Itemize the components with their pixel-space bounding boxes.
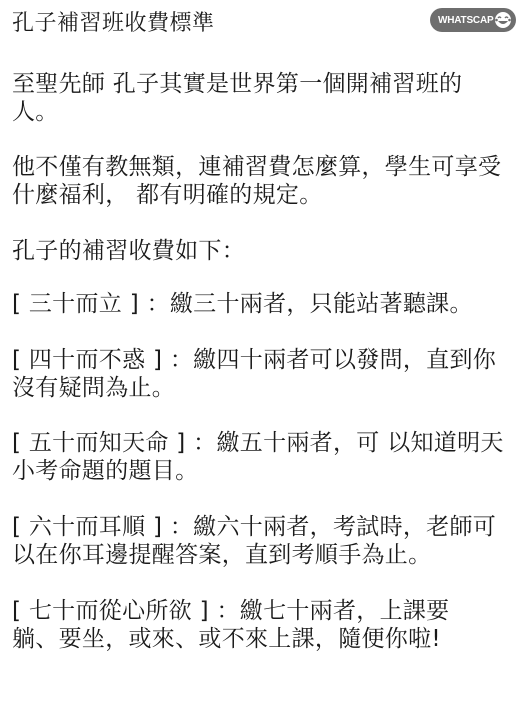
fee-item-40: [ 四十而不惑 ] ：繳四十兩者可以發問，直到你 沒有疑問為止。	[12, 346, 517, 402]
text-line: 他不僅有教無類，連補習費怎麼算，學生可享受	[12, 153, 517, 181]
text-line: 至聖先師 孔子其實是世界第一個開補習班的	[12, 70, 517, 98]
text-line: [ 三十而立 ] ：繳三十兩者，只能站著聽課。	[12, 290, 517, 318]
watermark-label: WHATSCAP	[438, 15, 493, 26]
laughing-face-icon	[494, 11, 512, 29]
post-title: 孔子補習班收費標準	[12, 10, 215, 38]
text-line: [ 六十而耳順 ] ：繳六十兩者，考試時，老師可	[12, 513, 517, 541]
fee-heading: 孔子的補習收費如下：	[12, 237, 517, 265]
text-line: 以在你耳邊提醒答案，直到考順手為止。	[12, 541, 517, 569]
fee-item-60: [ 六十而耳順 ] ：繳六十兩者，考試時，老師可 以在你耳邊提醒答案，直到考順手…	[12, 513, 517, 569]
fee-item-70: [ 七十而從心所欲 ] ：繳七十兩者，上課要 躺、要坐，或來、或不來上課，隨便你…	[12, 597, 517, 653]
text-line: 小考命題的題目。	[12, 457, 517, 485]
fee-item-30: [ 三十而立 ] ：繳三十兩者，只能站著聽課。	[12, 290, 517, 318]
description-paragraph: 他不僅有教無類，連補習費怎麼算，學生可享受 什麼福利， 都有明確的規定。	[12, 153, 517, 209]
text-line: 什麼福利， 都有明確的規定。	[12, 181, 517, 209]
watermark-badge: WHATSCAP	[430, 8, 516, 32]
text-line: 沒有疑問為止。	[12, 374, 517, 402]
text-line: [ 五十而知天命 ] ：繳五十兩者，可 以知道明天	[12, 429, 517, 457]
text-line: [ 七十而從心所欲 ] ：繳七十兩者，上課要	[12, 597, 517, 625]
fee-item-50: [ 五十而知天命 ] ：繳五十兩者，可 以知道明天 小考命題的題目。	[12, 429, 517, 485]
text-line: 孔子的補習收費如下：	[12, 237, 517, 265]
text-line: 人。	[12, 98, 517, 126]
text-line: 躺、要坐，或來、或不來上課，隨便你啦!	[12, 625, 517, 653]
text-line: [ 四十而不惑 ] ：繳四十兩者可以發問，直到你	[12, 346, 517, 374]
intro-paragraph: 至聖先師 孔子其實是世界第一個開補習班的 人。	[12, 70, 517, 126]
